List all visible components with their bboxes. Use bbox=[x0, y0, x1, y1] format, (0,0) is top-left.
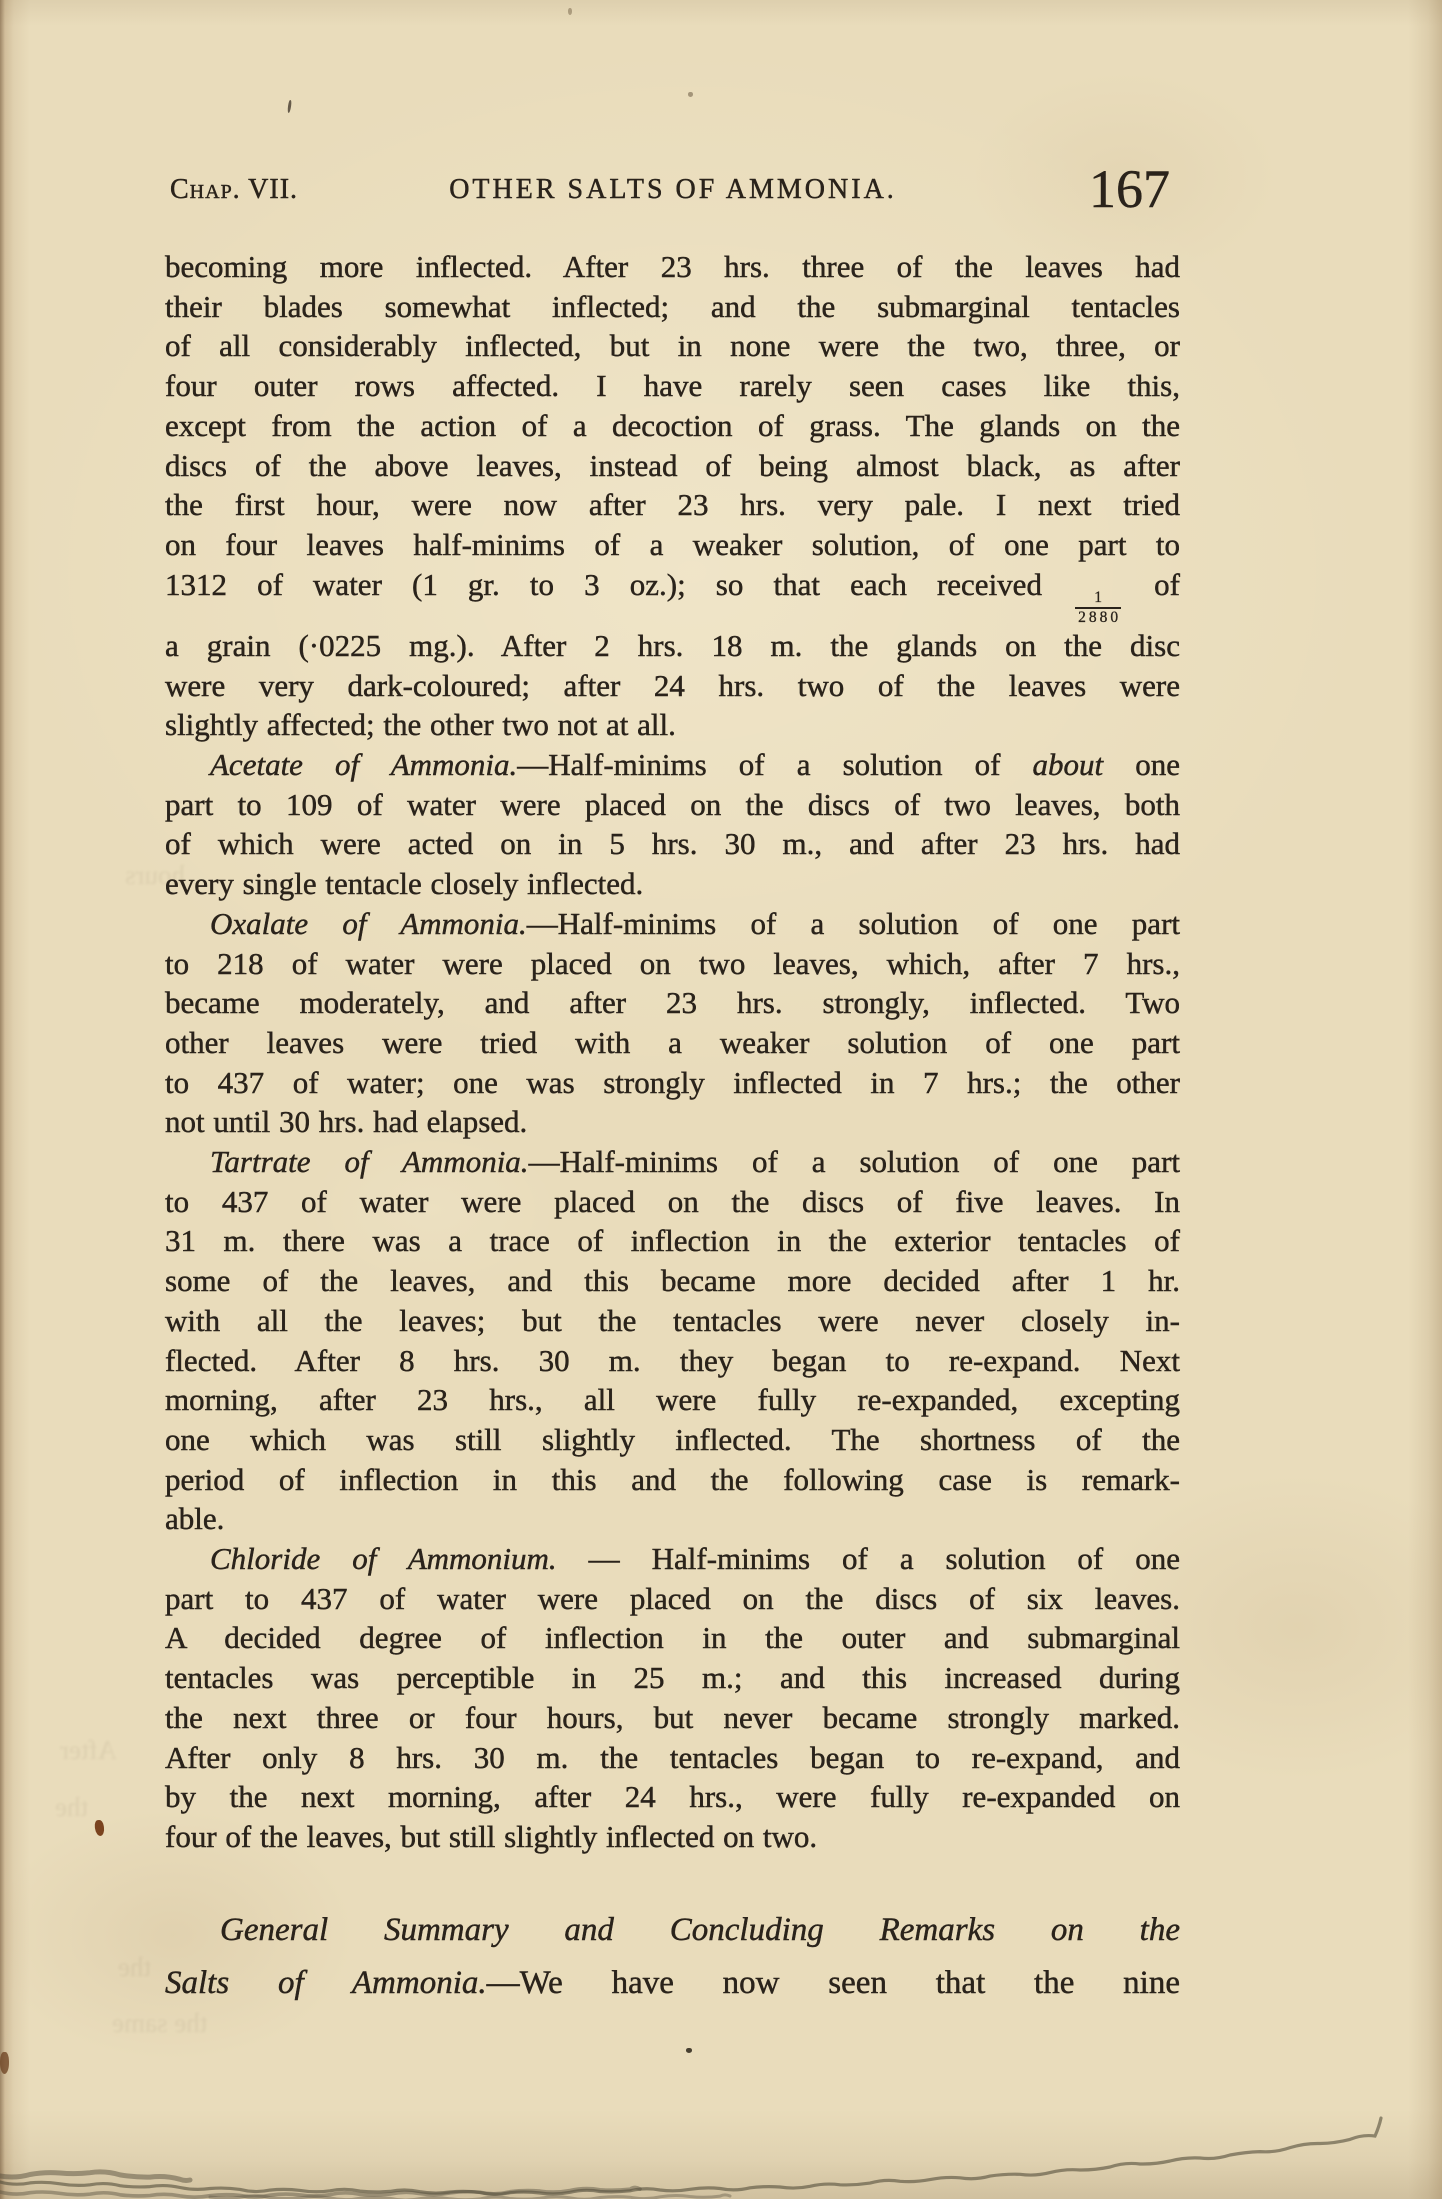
paragraph: becoming more inflected. After 23 hrs. t… bbox=[165, 247, 1180, 745]
squiggle-line bbox=[210, 2195, 730, 2199]
squiggle-line bbox=[0, 2118, 1381, 2194]
text-segment: with all the leaves; but the tentacles w… bbox=[165, 1303, 1180, 1338]
text-segment: one which was still slightly inflected. … bbox=[165, 1422, 1180, 1457]
fraction-denominator: 2880 bbox=[1075, 607, 1121, 626]
text-line: Salts of Ammonia.—We have now seen that … bbox=[165, 1957, 1180, 2010]
section-heading-paragraph: General Summary and Concluding Remarks o… bbox=[165, 1904, 1180, 2010]
text-line: four of the leaves, but still slightly i… bbox=[165, 1817, 1180, 1857]
text-line: Acetate of Ammonia.—Half-minims of a sol… bbox=[165, 745, 1180, 785]
corner-blot bbox=[0, 2052, 9, 2074]
text-segment: —We have now seen that the nine bbox=[487, 1965, 1180, 2001]
italic-text-segment: Salts of Ammonia. bbox=[165, 1965, 487, 2001]
text-segment: 1312 of water (1 gr. to 3 oz.); so that … bbox=[165, 567, 1072, 602]
text-line: period of inflection in this and the fol… bbox=[165, 1460, 1180, 1500]
text-segment: slightly affected; the other two not at … bbox=[165, 707, 676, 742]
text-segment: other leaves were tried with a weaker so… bbox=[165, 1025, 1180, 1060]
top-small-speck bbox=[568, 8, 572, 15]
text-segment: discs of the above leaves, instead of be… bbox=[165, 448, 1180, 483]
text-segment: part to 437 of water were placed on the … bbox=[165, 1581, 1180, 1616]
text-segment: of bbox=[1124, 567, 1180, 602]
text-segment: one bbox=[1103, 747, 1180, 782]
text-segment: to 437 of water were placed on the discs… bbox=[165, 1184, 1180, 1219]
running-title: OTHER SALTS OF AMMONIA. bbox=[449, 174, 897, 206]
text-line: 1312 of water (1 gr. to 3 oz.); so that … bbox=[165, 565, 1180, 626]
text-line: flected. After 8 hrs. 30 m. they began t… bbox=[165, 1341, 1180, 1381]
text-segment: to 437 of water; one was strongly inflec… bbox=[165, 1065, 1180, 1100]
text-segment: becoming more inflected. After 23 hrs. t… bbox=[165, 249, 1180, 284]
text-line: tentacles was perceptible in 25 m.; and … bbox=[165, 1658, 1180, 1698]
text-line: other leaves were tried with a weaker so… bbox=[165, 1023, 1180, 1063]
top-edge-speck bbox=[287, 100, 292, 113]
text-line: of which were acted on in 5 hrs. 30 m., … bbox=[165, 824, 1180, 864]
text-segment: —Half-minims of a solution of one part bbox=[527, 906, 1180, 941]
text-line: able. bbox=[165, 1499, 1180, 1539]
text-segment: became moderately, and after 23 hrs. str… bbox=[165, 985, 1180, 1020]
text-segment: four of the leaves, but still slightly i… bbox=[165, 1819, 817, 1854]
text-segment: by the next morning, after 24 hrs., were… bbox=[165, 1779, 1180, 1814]
text-line: the next three or four hours, but never … bbox=[165, 1698, 1180, 1738]
italic-text-segment: General Summary and Concluding Remarks o… bbox=[220, 1912, 1180, 1948]
text-line: four outer rows affected. I have rarely … bbox=[165, 366, 1180, 406]
text-segment: the next three or four hours, but never … bbox=[165, 1700, 1180, 1735]
paragraph: Oxalate of Ammonia.—Half-minims of a sol… bbox=[165, 904, 1180, 1142]
text-line: to 218 of water were placed on two leave… bbox=[165, 944, 1180, 984]
stacked-fraction: 12880 bbox=[1075, 590, 1121, 626]
text-segment: tentacles was perceptible in 25 m.; and … bbox=[165, 1660, 1180, 1695]
text-line: part to 109 of water were placed on the … bbox=[165, 785, 1180, 825]
text-segment: were very dark-coloured; after 24 hrs. t… bbox=[165, 668, 1180, 703]
text-line: on four leaves half-minims of a weaker s… bbox=[165, 525, 1180, 565]
text-line: except from the action of a decoction of… bbox=[165, 406, 1180, 446]
text-line: becoming more inflected. After 23 hrs. t… bbox=[165, 247, 1180, 287]
text-segment: flected. After 8 hrs. 30 m. they began t… bbox=[165, 1343, 1180, 1378]
paragraph: Acetate of Ammonia.—Half-minims of a sol… bbox=[165, 745, 1180, 904]
text-line: part to 437 of water were placed on the … bbox=[165, 1579, 1180, 1619]
page-header: Chap. VII. OTHER SALTS OF AMMONIA. 167 bbox=[0, 168, 1442, 228]
text-line: Tartrate of Ammonia.—Half-minims of a so… bbox=[165, 1142, 1180, 1182]
text-line: every single tentacle closely inflected. bbox=[165, 864, 1180, 904]
text-segment: the first hour, were now after 23 hrs. v… bbox=[165, 487, 1180, 522]
text-segment: period of inflection in this and the fol… bbox=[165, 1462, 1180, 1497]
text-segment: 31 m. there was a trace of inflection in… bbox=[165, 1223, 1180, 1258]
italic-text-segment: Oxalate of Ammonia. bbox=[210, 906, 527, 941]
text-segment: of all considerably inflected, but in no… bbox=[165, 328, 1180, 363]
text-line: General Summary and Concluding Remarks o… bbox=[165, 1904, 1180, 1957]
text-line: Oxalate of Ammonia.—Half-minims of a sol… bbox=[165, 904, 1180, 944]
text-line: a grain (·0225 mg.). After 2 hrs. 18 m. … bbox=[165, 626, 1180, 666]
italic-text-segment: Tartrate of Ammonia. bbox=[210, 1144, 529, 1179]
text-line: by the next morning, after 24 hrs., were… bbox=[165, 1777, 1180, 1817]
text-segment: — Half-minims of a solution of one bbox=[557, 1541, 1180, 1576]
show-through-ghost-text: the same bbox=[112, 2008, 207, 2039]
text-segment: a grain (·0225 mg.). After 2 hrs. 18 m. … bbox=[165, 628, 1180, 663]
text-segment: except from the action of a decoction of… bbox=[165, 408, 1180, 443]
bottom-dot-speck bbox=[686, 2048, 692, 2053]
book-page: Chap. VII. OTHER SALTS OF AMMONIA. 167 b… bbox=[0, 0, 1442, 2199]
text-line: slightly affected; the other two not at … bbox=[165, 705, 1180, 745]
text-segment: to 218 of water were placed on two leave… bbox=[165, 946, 1180, 981]
margin-ink-blot bbox=[94, 1819, 105, 1836]
show-through-ghost-text: the bbox=[55, 1792, 88, 1823]
text-line: 31 m. there was a trace of inflection in… bbox=[165, 1221, 1180, 1261]
show-through-ghost-text: After bbox=[60, 1735, 117, 1766]
text-line: with all the leaves; but the tentacles w… bbox=[165, 1301, 1180, 1341]
text-line: some of the leaves, and this became more… bbox=[165, 1261, 1180, 1301]
squiggle-line bbox=[0, 2187, 640, 2197]
chapter-label: Chap. VII. bbox=[170, 174, 298, 206]
text-line: were very dark-coloured; after 24 hrs. t… bbox=[165, 666, 1180, 706]
italic-text-segment: about bbox=[1033, 747, 1104, 782]
paragraph: Tartrate of Ammonia.—Half-minims of a so… bbox=[165, 1142, 1180, 1539]
text-line: not until 30 hrs. had elapsed. bbox=[165, 1102, 1180, 1142]
squiggle-line bbox=[0, 2172, 190, 2181]
text-line: of all considerably inflected, but in no… bbox=[165, 326, 1180, 366]
text-segment: morning, after 23 hrs., all were fully r… bbox=[165, 1382, 1180, 1417]
text-segment: able. bbox=[165, 1501, 224, 1536]
text-line: the first hour, were now after 23 hrs. v… bbox=[165, 485, 1180, 525]
italic-text-segment: Chloride of Ammonium. bbox=[210, 1541, 557, 1576]
text-segment: on four leaves half-minims of a weaker s… bbox=[165, 527, 1180, 562]
text-segment: —Half-minims of a solution of bbox=[517, 747, 1032, 782]
text-line: After only 8 hrs. 30 m. the tentacles be… bbox=[165, 1738, 1180, 1778]
text-line: became moderately, and after 23 hrs. str… bbox=[165, 983, 1180, 1023]
text-segment: not until 30 hrs. had elapsed. bbox=[165, 1104, 527, 1139]
text-line: to 437 of water were placed on the discs… bbox=[165, 1182, 1180, 1222]
text-segment: —Half-minims of a solution of one part bbox=[529, 1144, 1180, 1179]
text-segment: After only 8 hrs. 30 m. the tentacles be… bbox=[165, 1740, 1180, 1775]
text-line: their blades somewhat inflected; and the… bbox=[165, 287, 1180, 327]
text-line: morning, after 23 hrs., all were fully r… bbox=[165, 1380, 1180, 1420]
text-segment: part to 109 of water were placed on the … bbox=[165, 787, 1180, 822]
text-line: one which was still slightly inflected. … bbox=[165, 1420, 1180, 1460]
text-segment: four outer rows affected. I have rarely … bbox=[165, 368, 1180, 403]
text-segment: their blades somewhat inflected; and the… bbox=[165, 289, 1180, 324]
top-dot-speck bbox=[688, 92, 693, 97]
text-line: A decided degree of inflection in the ou… bbox=[165, 1618, 1180, 1658]
page-text: becoming more inflected. After 23 hrs. t… bbox=[165, 247, 1180, 2010]
page-number: 167 bbox=[1089, 158, 1170, 220]
text-line: discs of the above leaves, instead of be… bbox=[165, 446, 1180, 486]
text-line: to 437 of water; one was strongly inflec… bbox=[165, 1063, 1180, 1103]
fraction-numerator: 1 bbox=[1094, 590, 1102, 606]
paragraph: Chloride of Ammonium. — Half-minims of a… bbox=[165, 1539, 1180, 1857]
text-line: Chloride of Ammonium. — Half-minims of a… bbox=[165, 1539, 1180, 1579]
text-segment: of which were acted on in 5 hrs. 30 m., … bbox=[165, 826, 1180, 861]
italic-text-segment: Acetate of Ammonia. bbox=[210, 747, 517, 782]
show-through-ghost-text: the bbox=[118, 1952, 151, 1983]
text-segment: every single tentacle closely inflected. bbox=[165, 866, 643, 901]
text-segment: some of the leaves, and this became more… bbox=[165, 1263, 1180, 1298]
text-segment: A decided degree of inflection in the ou… bbox=[165, 1620, 1180, 1655]
